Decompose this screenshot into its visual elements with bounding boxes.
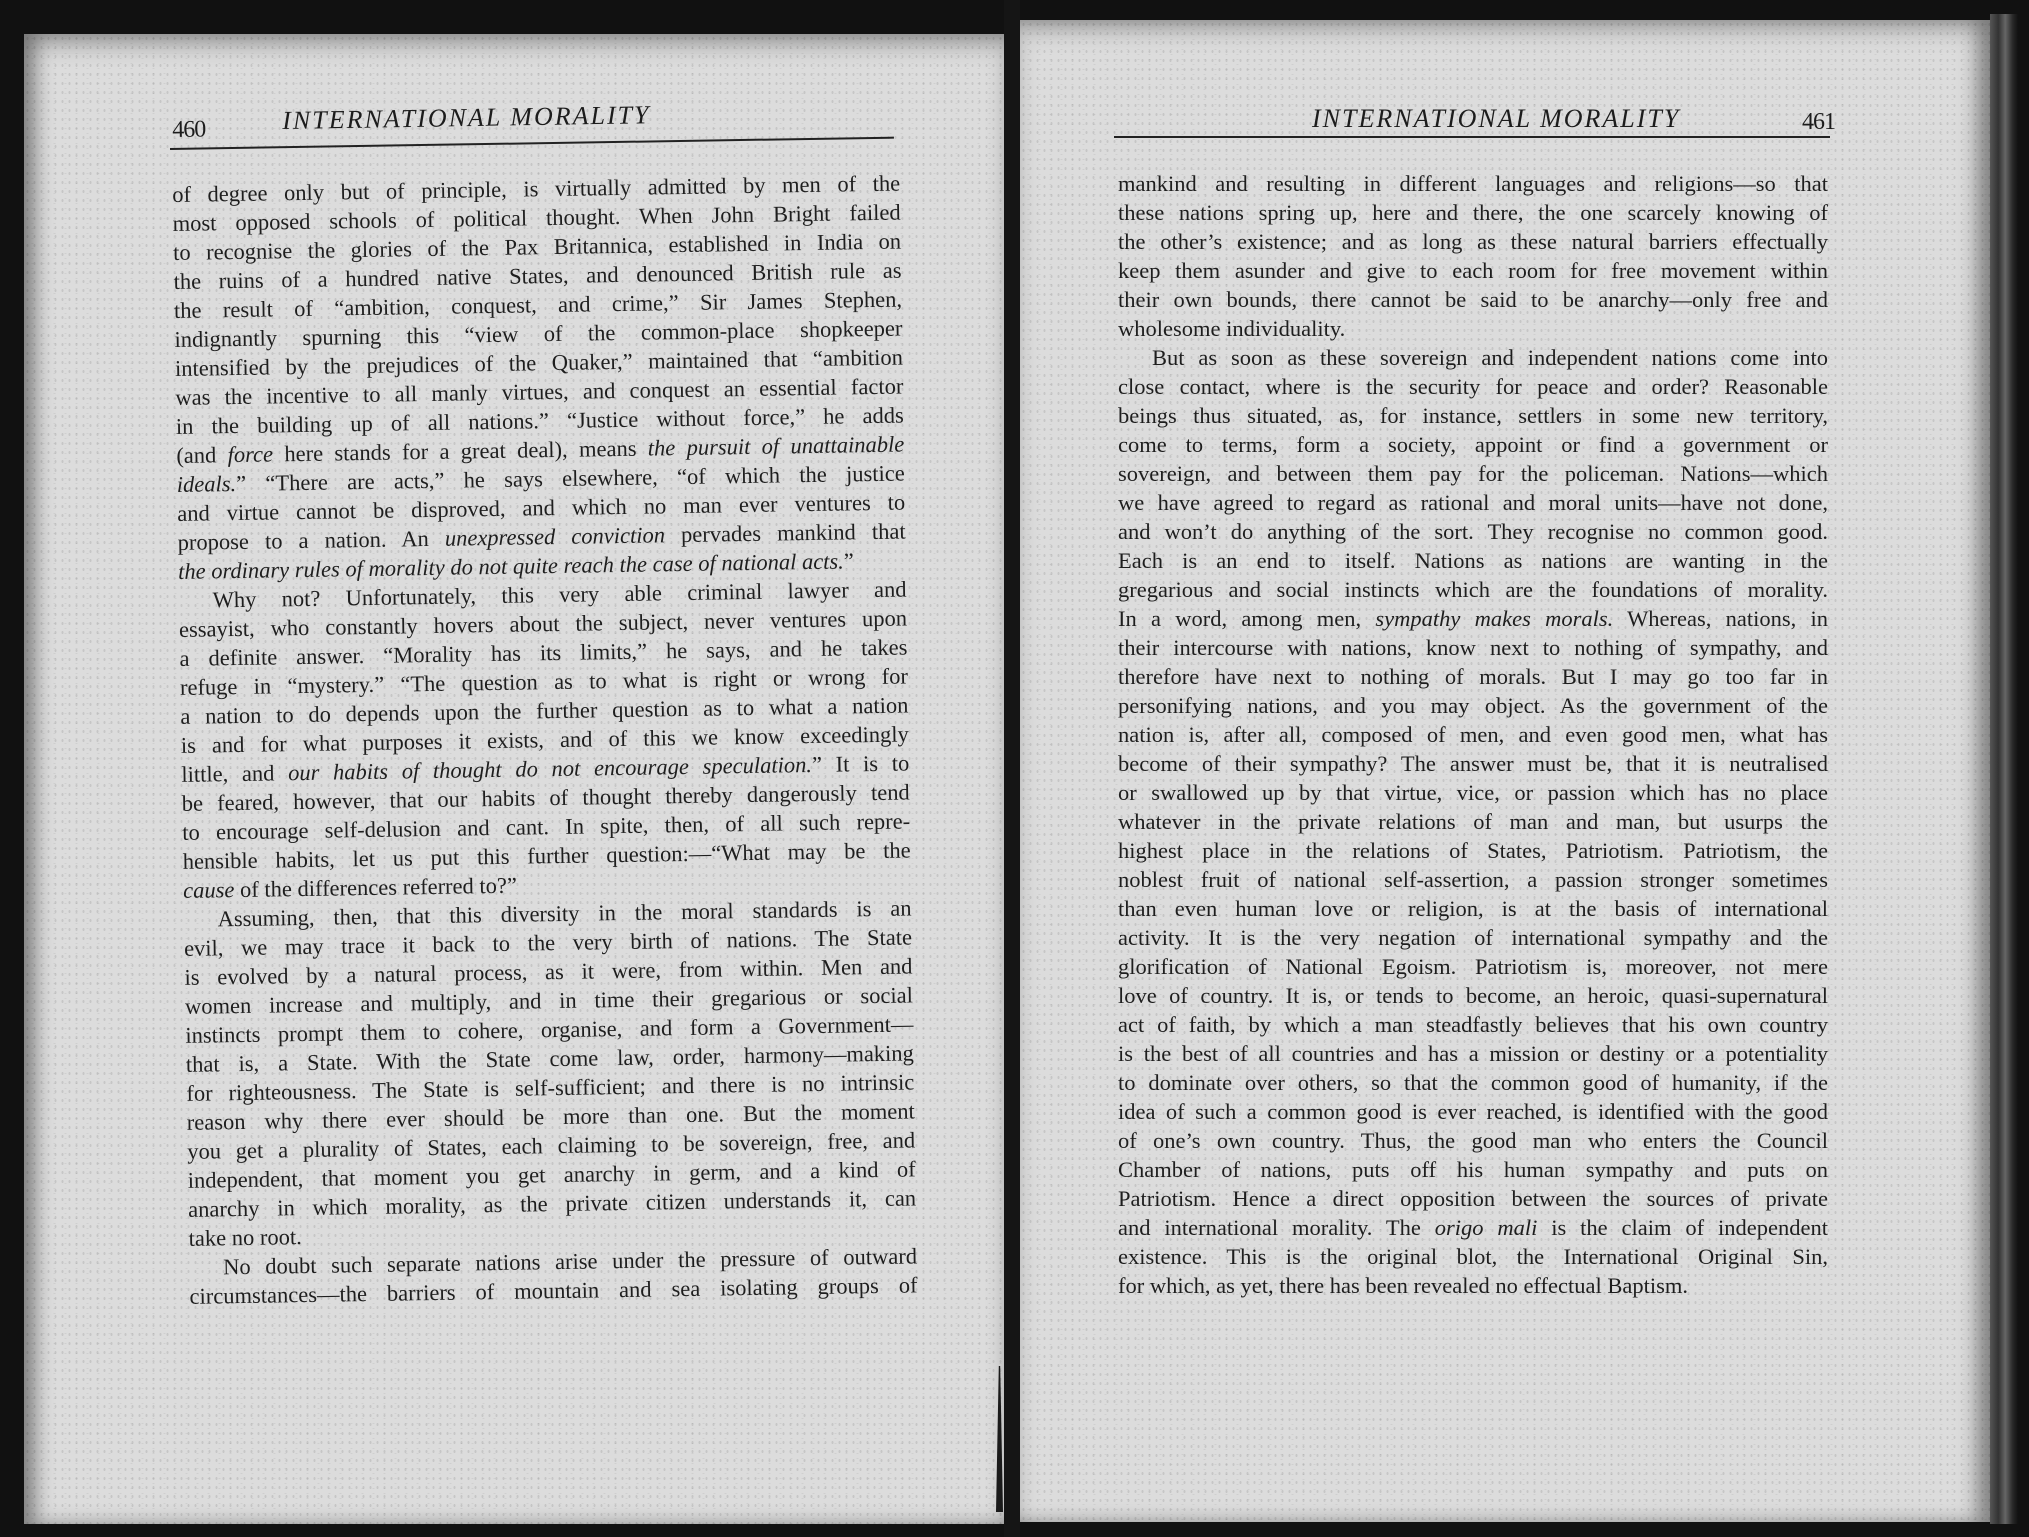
text-line: gregarious and social instincts which ar… bbox=[1118, 575, 1828, 604]
text-line: come to terms, form a society, appoint o… bbox=[1118, 430, 1828, 459]
text-line: glorification of National Egoism. Patrio… bbox=[1118, 952, 1828, 981]
text-line: existence. This is the original blot, th… bbox=[1118, 1242, 1828, 1271]
text-line: therefore have next to nothing of morals… bbox=[1118, 662, 1828, 691]
text-line: mankind and resulting in different langu… bbox=[1118, 169, 1828, 198]
text-line: whatever in the private relations of man… bbox=[1118, 807, 1828, 836]
left-page: 460 INTERNATIONAL MORALITY of degree onl… bbox=[24, 34, 1004, 1524]
text-line: of one’s own country. Thus, the good man… bbox=[1118, 1126, 1828, 1155]
right-page: INTERNATIONAL MORALITY 461 mankind and r… bbox=[1020, 20, 1990, 1522]
page-number-text: 461 bbox=[1802, 109, 1835, 135]
text-line: beings thus situated, as, for instance, … bbox=[1118, 401, 1828, 430]
text-line: highest place in the relations of States… bbox=[1118, 836, 1828, 865]
text-line: and won’t do anything of the sort. They … bbox=[1118, 517, 1828, 546]
text-line: In a word, among men, sympathy makes mor… bbox=[1118, 604, 1828, 633]
text-line: become of their sympathy? The answer mus… bbox=[1118, 749, 1828, 778]
text-line: and international morality. The origo ma… bbox=[1118, 1213, 1828, 1242]
text-line: is the best of all countries and has a m… bbox=[1118, 1039, 1828, 1068]
text-line: their intercourse with nations, know nex… bbox=[1118, 633, 1828, 662]
text-line: than even human love or religion, is at … bbox=[1118, 894, 1828, 923]
text-line: for which, as yet, there has been reveal… bbox=[1118, 1271, 1828, 1300]
text-line: close contact, where is the security for… bbox=[1118, 372, 1828, 401]
running-head-left: INTERNATIONAL MORALITY bbox=[282, 100, 651, 136]
header-rule-right bbox=[1114, 136, 1830, 138]
text-line: or swallowed up by that virtue, vice, or… bbox=[1118, 778, 1828, 807]
text-line: keep them asunder and give to each room … bbox=[1118, 256, 1828, 285]
text-line: activity. It is the very negation of int… bbox=[1118, 923, 1828, 952]
text-line: act of faith, by which a man steadfastly… bbox=[1118, 1010, 1828, 1039]
text-line: we have agreed to regard as rational and… bbox=[1118, 488, 1828, 517]
page-number-right: 461 bbox=[1802, 106, 1835, 136]
running-head-right: INTERNATIONAL MORALITY bbox=[1312, 104, 1680, 134]
book-gutter bbox=[1004, 0, 1020, 1537]
text-line: sovereign, and between them pay for the … bbox=[1118, 459, 1828, 488]
book-edge bbox=[1990, 14, 2018, 1524]
text-line: idea of such a common good is ever reach… bbox=[1118, 1097, 1828, 1126]
text-line: noblest fruit of national self-assertion… bbox=[1118, 865, 1828, 894]
text-line: Each is an end to itself. Nations as nat… bbox=[1118, 546, 1828, 575]
text-line: love of country. It is, or tends to beco… bbox=[1118, 981, 1828, 1010]
text-line: Patriotism. Hence a direct opposition be… bbox=[1118, 1184, 1828, 1213]
left-page-body: of degree only but of principle, is virt… bbox=[172, 169, 918, 1311]
page-number-text: 460 bbox=[172, 116, 205, 143]
text-line: wholesome individuality. bbox=[1118, 314, 1828, 343]
page-number-left: 460 bbox=[172, 113, 205, 144]
text-line: to dominate over others, so that the com… bbox=[1118, 1068, 1828, 1097]
right-page-body: mankind and resulting in different langu… bbox=[1118, 169, 1828, 1300]
text-line: But as soon as these sovereign and indep… bbox=[1118, 343, 1828, 372]
text-line: their own bounds, there cannot be said t… bbox=[1118, 285, 1828, 314]
header-rule-left bbox=[170, 137, 894, 150]
text-line: Chamber of nations, puts off his human s… bbox=[1118, 1155, 1828, 1184]
text-line: personifying nations, and you may object… bbox=[1118, 691, 1828, 720]
text-line: nation is, after all, composed of men, a… bbox=[1118, 720, 1828, 749]
text-line: these nations spring up, here and there,… bbox=[1118, 198, 1828, 227]
text-line: the other’s existence; and as long as th… bbox=[1118, 227, 1828, 256]
